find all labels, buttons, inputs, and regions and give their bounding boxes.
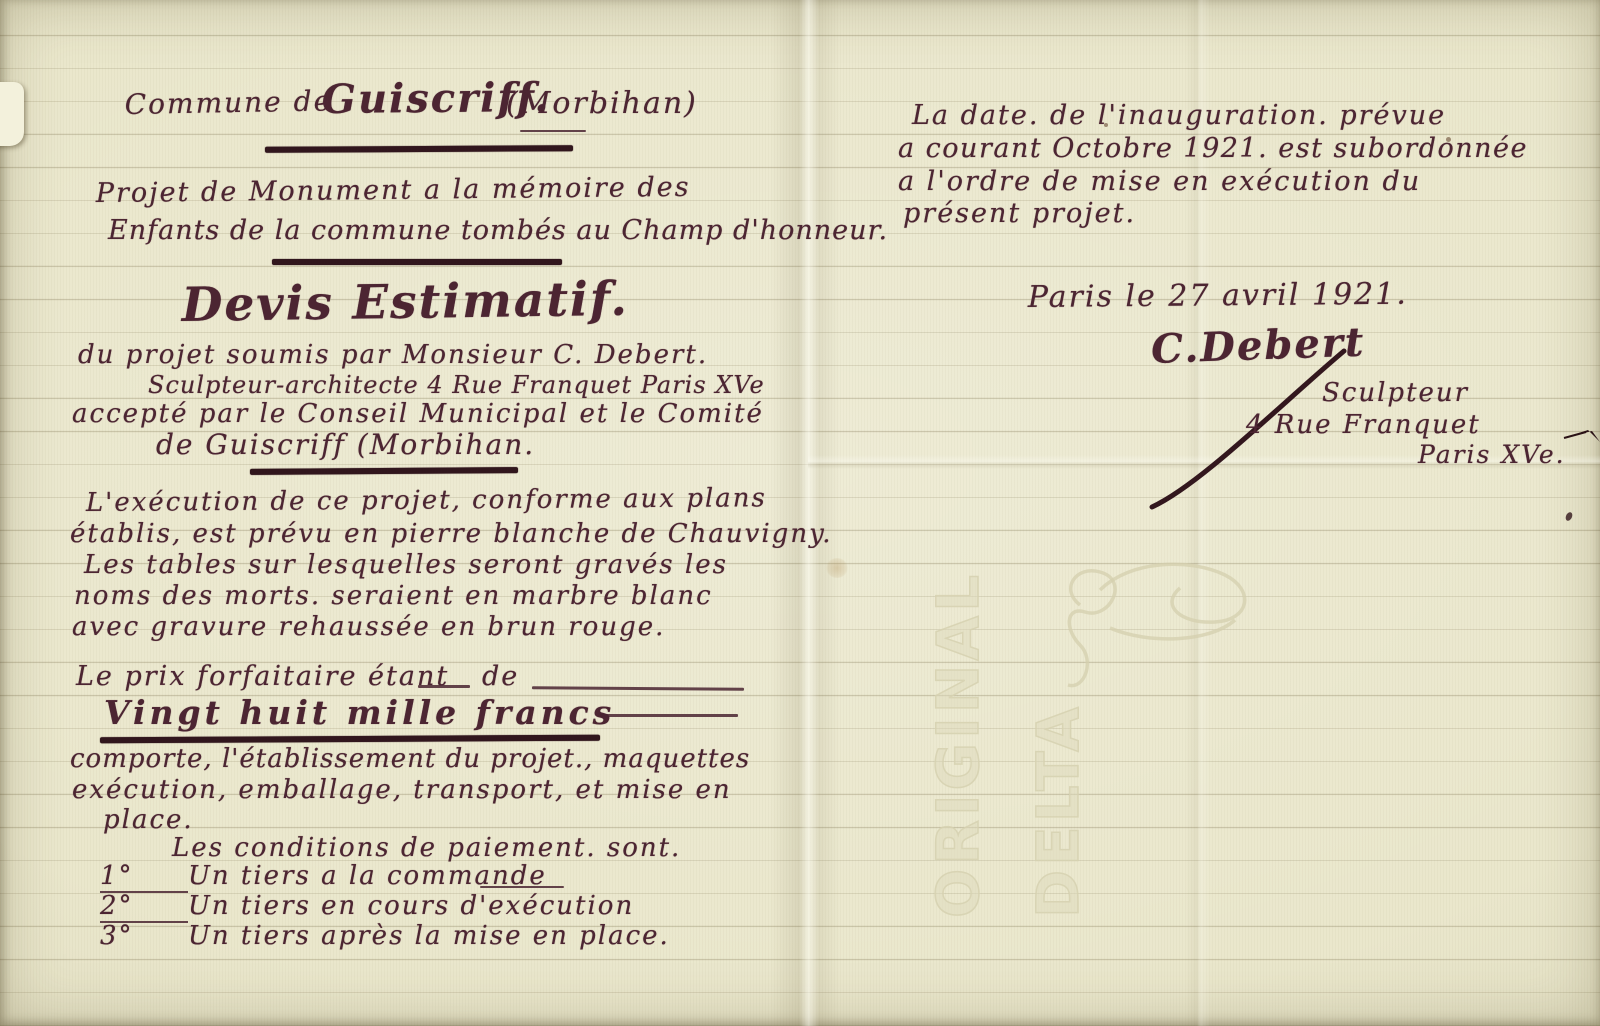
edge-ink-mark xyxy=(1562,422,1600,452)
body-line-3: Les tables sur lesquelles seront gravés … xyxy=(84,550,728,580)
right-para-line-2: a courant Octobre 1921. est subordonnée xyxy=(898,133,1528,164)
ink-rule xyxy=(418,685,470,688)
ink-rule xyxy=(480,886,564,888)
signature-address-1: 4 Rue Franquet xyxy=(1246,410,1481,440)
watermark-emblem xyxy=(1040,550,1280,750)
body-line-4: noms des morts. seraient en marbre blanc xyxy=(74,581,713,611)
title-sub-1: du projet soumis par Monsieur C. Debert. xyxy=(78,340,708,370)
center-fold-crease xyxy=(770,0,840,1026)
ink-rule xyxy=(532,686,744,690)
price-line-1: comporte, l'établissement du projet., ma… xyxy=(70,744,750,774)
body-line-1: L'exécution de ce projet, conforme aux p… xyxy=(86,483,767,518)
signature-title: Sculpteur xyxy=(1322,378,1469,408)
payment-item-text: Un tiers en cours d'exécution xyxy=(188,891,634,921)
manuscript-scan: ORIGINAL DELTA Commune de Guiscriff. (Mo… xyxy=(0,0,1600,1026)
underline-bar xyxy=(272,259,562,265)
title-sub-4: de Guiscriff (Morbihan. xyxy=(156,428,535,461)
signature-address-2: Paris XVe. xyxy=(1418,440,1566,469)
ink-rule xyxy=(520,130,586,132)
commune-prefix: Commune de xyxy=(124,84,332,121)
right-para-line-3: a l'ordre de mise en exécution du xyxy=(898,166,1421,197)
dateline: Paris le 27 avril 1921. xyxy=(1028,277,1408,315)
payment-item-number: 3° xyxy=(100,921,188,951)
underline-bar xyxy=(100,735,600,744)
price-line-2: exécution, emballage, transport, et mise… xyxy=(72,775,732,805)
payment-item-number: 1° xyxy=(100,861,188,893)
body-line-2: établis, est prévu en pierre blanche de … xyxy=(70,519,833,549)
folded-corner xyxy=(0,82,24,146)
subject-line-1: Projet de Monument a la mémoire des xyxy=(96,172,691,209)
price-intro: Le prix forfaitaire étant xyxy=(76,661,449,692)
ink-speck xyxy=(1564,511,1573,522)
underline-bar xyxy=(250,467,518,475)
subject-line-2: Enfants de la commune tombés au Champ d'… xyxy=(108,215,888,246)
ink-rule xyxy=(600,714,738,717)
payment-item: 2°Un tiers en cours d'exécution xyxy=(100,891,634,923)
price-line-3: place. xyxy=(103,805,194,835)
right-para-line-1: La date. de l'inauguration. prévue xyxy=(912,100,1446,131)
title-sub-3: accepté par le Conseil Municipal et le C… xyxy=(72,399,764,429)
watermark-text: ORIGINAL DELTA xyxy=(908,353,1008,918)
payment-item: 3°Un tiers après la mise en place. xyxy=(100,921,670,951)
payment-item: 1°Un tiers a la commande xyxy=(100,861,547,893)
payment-item-text: Un tiers après la mise en place. xyxy=(188,921,670,951)
document-title: Devis Estimatif. xyxy=(181,272,629,333)
underline-bar xyxy=(265,145,573,153)
title-sub-2: Sculpteur-architecte 4 Rue Franquet Pari… xyxy=(148,371,765,399)
payment-item-number: 2° xyxy=(100,891,188,923)
right-para-line-4: présent projet. xyxy=(903,198,1136,229)
commune-suffix: (Morbihan) xyxy=(506,86,698,121)
paper-stain xyxy=(826,558,848,578)
price-amount: Vingt huit mille francs xyxy=(104,693,615,732)
payment-header: Les conditions de paiement. sont. xyxy=(172,833,681,863)
body-line-5: avec gravure rehaussée en brun rouge. xyxy=(72,612,665,642)
price-de: de xyxy=(482,661,519,692)
